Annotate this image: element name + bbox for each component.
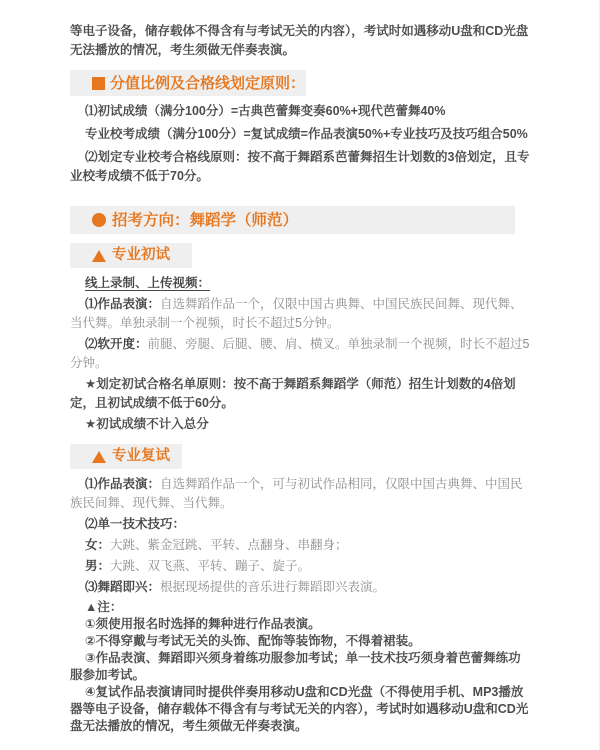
male-skills: 大跳、双飞燕、平转、蹦子、旋子。 xyxy=(110,559,310,573)
item-label: ⑵单一技术技巧： xyxy=(85,517,185,531)
item-text: 根据现场提供的音乐进行舞蹈即兴表演。 xyxy=(160,580,385,594)
second-exam-title: 专业复试 xyxy=(112,447,170,466)
notes-title: ▲注： xyxy=(70,599,533,616)
female-skills-line: 女：大跳、紫金冠跳、平转、点翻身、串翻身； xyxy=(70,536,533,555)
item-label: ⑶舞蹈即兴： xyxy=(85,580,160,594)
score-cutoff-rule: ⑵划定专业校考合格线原则：按不高于舞蹈系芭蕾舞招生计划数的3倍划定，且专业校考成… xyxy=(70,148,533,186)
note-3: ③作品表演、舞蹈即兴须身着练功服参加考试；单一技术技巧须身着芭蕾舞练功服参加考试… xyxy=(70,650,533,684)
notes-block: ▲注： ①须使用报名时选择的舞种进行作品表演。 ②不得穿戴与考试无关的头饰、配饰… xyxy=(70,599,533,735)
item-label: ⑵软开度： xyxy=(85,337,148,351)
direction-section-title: 招考方向：舞蹈学（师范） xyxy=(112,211,298,230)
document-page: 等电子设备，储存载体不得含有与考试无关的内容），考试时如遇移动U盘和CD光盘无法… xyxy=(0,0,600,750)
section-header-score-rules: 分值比例及合格线划定原则： xyxy=(70,70,306,96)
first-exam-title: 专业初试 xyxy=(112,246,170,265)
section-header-direction: 招考方向：舞蹈学（师范） xyxy=(70,206,515,234)
second-exam-item-1: ⑴作品表演：自选舞蹈作品一个，可与初试作品相同，仅限中国古典舞、中国民族民间舞、… xyxy=(70,475,533,513)
second-exam-item-2: ⑵单一技术技巧： xyxy=(70,515,533,534)
note-4: ④复试作品表演请同时提供伴奏用移动U盘和CD光盘（不得使用手机、MP3播放器等电… xyxy=(70,684,533,735)
item-label: ⑴作品表演： xyxy=(85,477,160,491)
male-skills-line: 男：大跳、双飞燕、平转、蹦子、旋子。 xyxy=(70,557,533,576)
first-exam-star-note-1: ★划定初试合格名单原则：按不高于舞蹈系舞蹈学（师范）招生计划数的4倍划定，且初试… xyxy=(70,375,533,413)
first-exam-star-note-2: ★初试成绩不计入总分 xyxy=(70,415,533,434)
note-2: ②不得穿戴与考试无关的头饰、配饰等装饰物，不得着裙装。 xyxy=(70,633,533,650)
female-skills: 大跳、紫金冠跳、平转、点翻身、串翻身； xyxy=(110,538,348,552)
second-exam-item-3: ⑶舞蹈即兴：根据现场提供的音乐进行舞蹈即兴表演。 xyxy=(70,578,533,597)
square-bullet-icon xyxy=(92,77,105,90)
triangle-bullet-icon xyxy=(92,250,106,262)
triangle-bullet-icon xyxy=(92,451,106,463)
note-1: ①须使用报名时选择的舞种进行作品表演。 xyxy=(70,616,533,633)
circle-bullet-icon xyxy=(92,213,106,227)
first-exam-item-2: ⑵软开度：前腿、旁腿、后腿、腰、肩、横叉。单独录制一个视频，时长不超过5分钟。 xyxy=(70,335,533,373)
score-formula-2: 专业校考成绩（满分100分）=复试成绩=作品表演50%+专业技巧及技巧组合50% xyxy=(70,125,533,144)
first-exam-item-1: ⑴作品表演：自选舞蹈作品一个，仅限中国古典舞、中国民族民间舞、现代舞、当代舞。单… xyxy=(70,295,533,333)
score-section-title: 分值比例及合格线划定原则： xyxy=(110,74,305,93)
first-exam-subtitle: 线上录制、上传视频： xyxy=(85,276,210,290)
male-label: 男： xyxy=(85,559,110,573)
female-label: 女： xyxy=(85,538,110,552)
section-header-first-exam: 专业初试 xyxy=(70,243,192,268)
section-header-second-exam: 专业复试 xyxy=(70,444,182,469)
score-formula-1: ⑴初试成绩（满分100分）=古典芭蕾舞变奏60%+现代芭蕾舞40% xyxy=(70,102,533,121)
intro-paragraph: 等电子设备，储存载体不得含有与考试无关的内容），考试时如遇移动U盘和CD光盘无法… xyxy=(70,22,533,60)
item-label: ⑴作品表演： xyxy=(85,297,160,311)
